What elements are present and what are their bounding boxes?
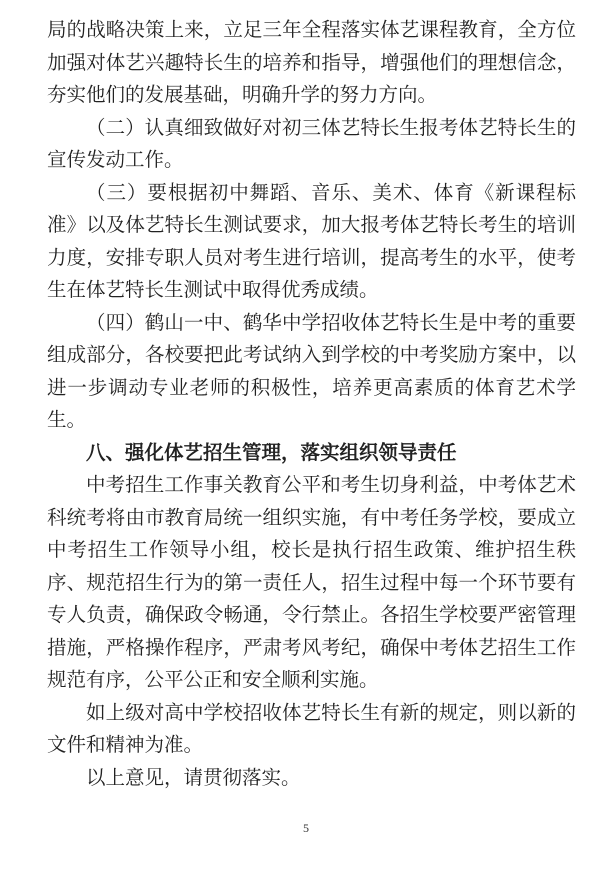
section-heading-eight: 八、强化体艺招生管理，落实组织领导责任 bbox=[47, 438, 576, 471]
document-body: 局的战略决策上来，立足三年全程落实体艺课程教育，全方位加强对体艺兴趣特长生的培养… bbox=[47, 15, 576, 795]
paragraph-continuation: 局的战略决策上来，立足三年全程落实体艺课程教育，全方位加强对体艺兴趣特长生的培养… bbox=[47, 15, 576, 113]
paragraph-item-two: （二）认真细致做好对初三体艺特长生报考体艺特长生的宣传发动工作。 bbox=[47, 113, 576, 178]
paragraph-closing: 以上意见，请贯彻落实。 bbox=[47, 763, 576, 796]
paragraph-item-four: （四）鹤山一中、鹤华中学招收体艺特长生是中考的重要组成部分，各校要把此考试纳入到… bbox=[47, 308, 576, 438]
page-number: 5 bbox=[0, 821, 612, 835]
document-page: 局的战略决策上来，立足三年全程落实体艺课程教育，全方位加强对体艺兴趣特长生的培养… bbox=[0, 0, 612, 873]
paragraph-section-eight-body: 中考招生工作事关教育公平和考生切身利益，中考体艺术科统考将由市教育局统一组织实施… bbox=[47, 470, 576, 698]
paragraph-proviso: 如上级对高中学校招收体艺特长生有新的规定，则以新的文件和精神为准。 bbox=[47, 698, 576, 763]
paragraph-item-three: （三）要根据初中舞蹈、音乐、美术、体育《新课程标准》以及体艺特长生测试要求，加大… bbox=[47, 178, 576, 308]
